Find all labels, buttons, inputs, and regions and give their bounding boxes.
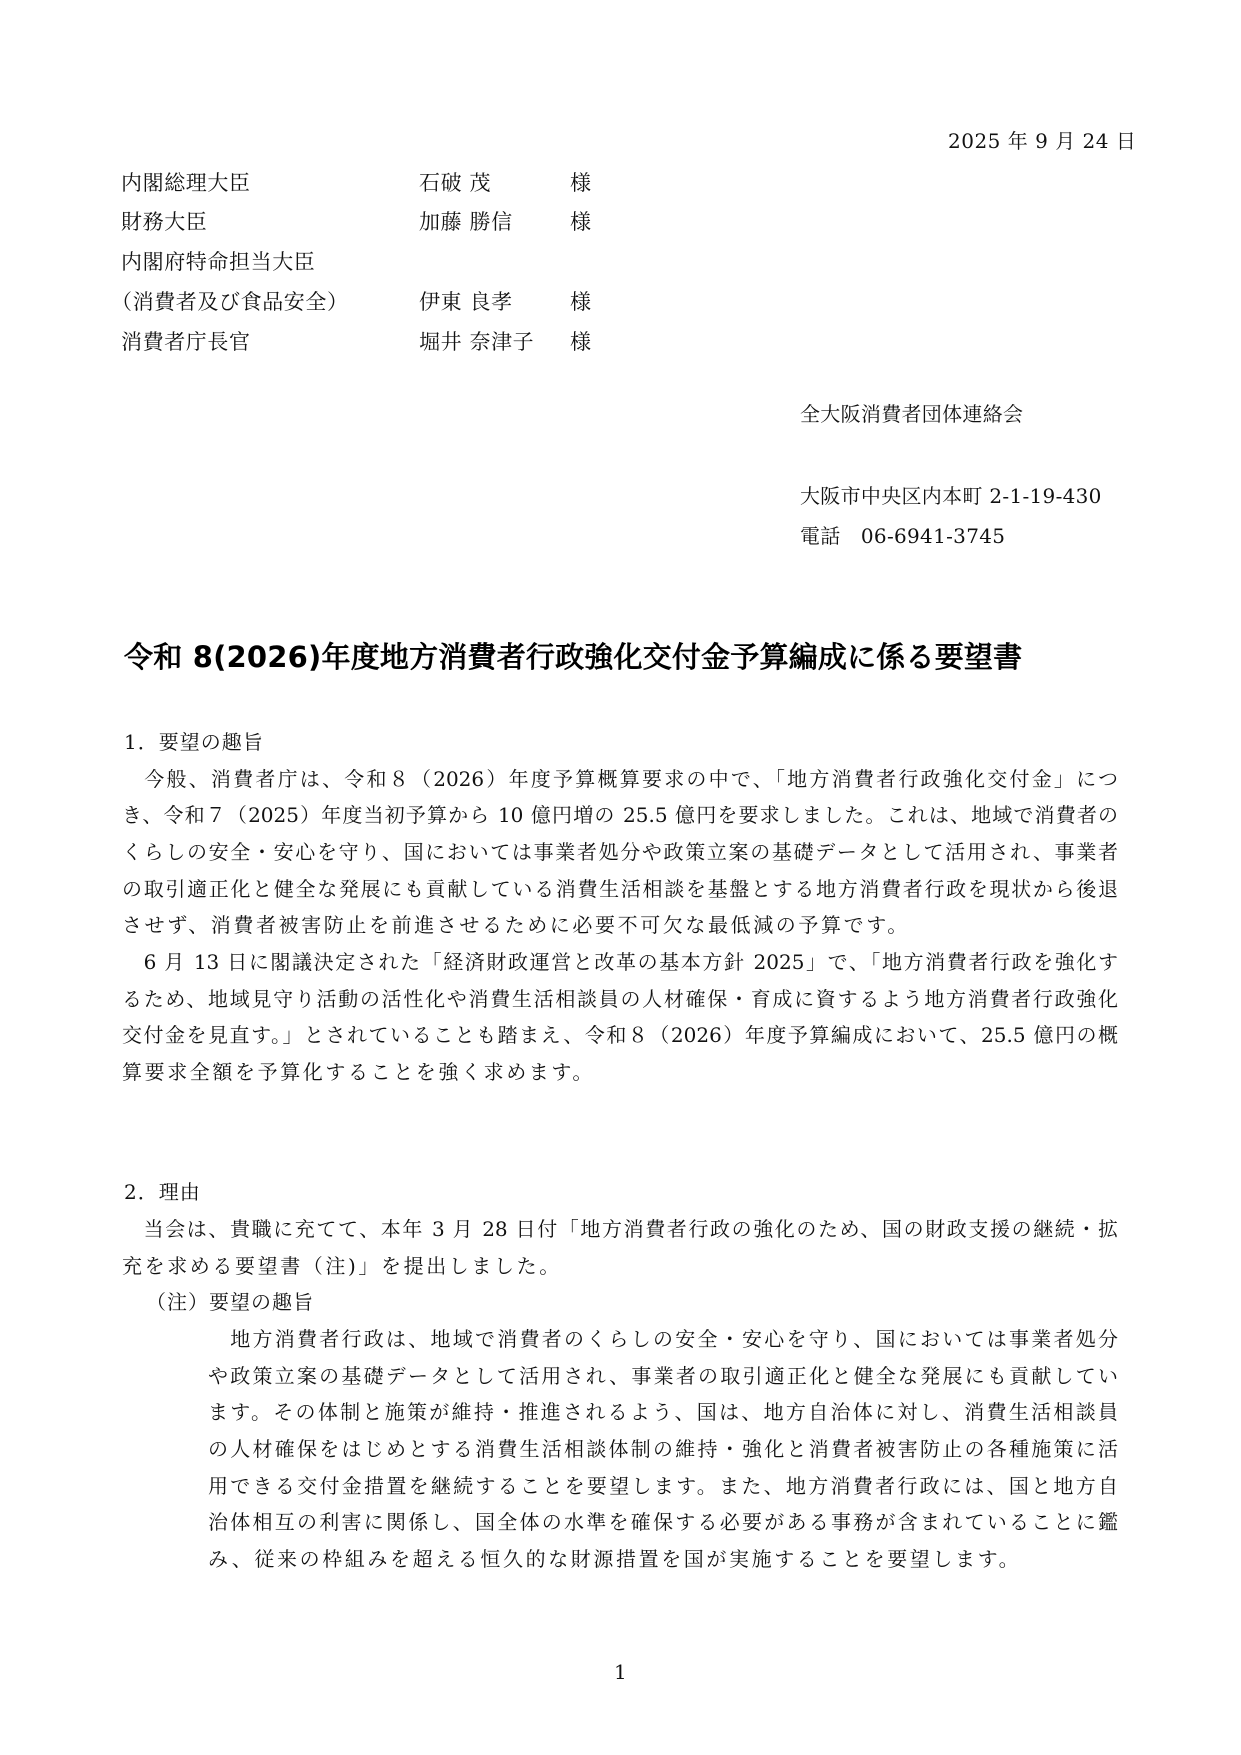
section-heading: 2．理由 bbox=[124, 1180, 201, 1204]
paragraph-line: 当会は、貴職に充てて、本年 3 月 28 日付「地方消費者行政の強化のため、国の… bbox=[122, 1217, 1118, 1241]
addressee-honorific: 様 bbox=[570, 171, 591, 195]
note-line: 地方消費者行政は、地域で消費者のくらしの安全・安心を守り、国においては事業者処分 bbox=[208, 1327, 1118, 1351]
note-line: ます。その体制と施策が維持・推進されるよう、国は、地方自治体に対し、消費生活相談… bbox=[208, 1400, 1118, 1424]
addressee-title: 消費者庁長官 bbox=[121, 330, 251, 354]
note-line: の人材確保をはじめとする消費生活相談体制の維持・強化と消費者被害防止の各種施策に… bbox=[208, 1437, 1118, 1461]
addressee-name: 石破 茂 bbox=[419, 171, 491, 195]
note-line: 用できる交付金措置を継続することを要望します。また、地方消費者行政には、国と地方… bbox=[208, 1474, 1118, 1498]
addressee-row: 内閣総理大臣 石破 茂 様 bbox=[121, 171, 581, 195]
paragraph-line: くらしの安全・安心を守り、国においては事業者処分や政策立案の基礎データとして活用… bbox=[122, 840, 1118, 864]
document-date: 2025 年 9 月 24 日 bbox=[948, 131, 1136, 151]
paragraph-line: の取引適正化と健全な発展にも貢献している消費生活相談を基盤とする地方消費者行政を… bbox=[122, 877, 1118, 901]
addressee-title: 内閣総理大臣 bbox=[121, 171, 251, 195]
addressee-honorific: 様 bbox=[570, 330, 591, 354]
paragraph-line: 算要求全額を予算化することを強く求めます。 bbox=[122, 1060, 595, 1084]
note-line: や政策立案の基礎データとして活用され、事業者の取引適正化と健全な発展にも貢献して… bbox=[208, 1364, 1118, 1388]
paragraph-line: 充を求める要望書（注)」を提出しました。 bbox=[122, 1254, 562, 1278]
addressee-name: 加藤 勝信 bbox=[419, 210, 513, 234]
addressee-honorific: 様 bbox=[570, 210, 591, 234]
sender-organization: 全大阪消費者団体連絡会 bbox=[800, 404, 1023, 424]
document-title: 令和 8(2026)年度地方消費者行政強化交付金予算編成に係る要望書 bbox=[124, 640, 1124, 674]
document-page: 2025 年 9 月 24 日 内閣総理大臣 石破 茂 様 財務大臣 加藤 勝信… bbox=[0, 0, 1241, 1755]
section-heading: 1．要望の趣旨 bbox=[124, 730, 264, 754]
paragraph-line: 6 月 13 日に閣議決定された「経済財政運営と改革の基本方針 2025」で、「… bbox=[122, 950, 1118, 974]
note-label: （注）要望の趣旨 bbox=[146, 1290, 314, 1314]
paragraph-line: 今般、消費者庁は、令和８（2026）年度予算概算要求の中で、「地方消費者行政強化… bbox=[122, 767, 1118, 791]
paragraph-line: させず、消費者被害防止を前進させるために必要不可欠な最低減の予算です。 bbox=[122, 913, 910, 937]
addressee-name: 伊東 良孝 bbox=[419, 290, 513, 314]
addressee-row: （消費者及び食品安全） 伊東 良孝 様 bbox=[121, 290, 581, 314]
sender-phone: 電話 06-6941-3745 bbox=[800, 526, 1005, 546]
addressee-title: （消費者及び食品安全） bbox=[111, 290, 349, 314]
note-line: み、従来の枠組みを超える恒久的な財源措置を国が実施することを要望します。 bbox=[208, 1547, 1021, 1571]
paragraph-line: 交付金を見直す。」とされていることも踏まえ、令和８（2026）年度予算編成におい… bbox=[122, 1023, 1118, 1047]
addressee-title: 内閣府特命担当大臣 bbox=[121, 250, 315, 274]
paragraph-line: き、令和７（2025）年度当初予算から 10 億円増の 25.5 億円を要求しま… bbox=[122, 803, 1118, 827]
page-number: 1 bbox=[614, 1660, 627, 1684]
addressee-row: 内閣府特命担当大臣 bbox=[121, 250, 581, 274]
note-line: 治体相互の利害に関係し、国全体の水準を確保する必要がある事務が含まれていることに… bbox=[208, 1510, 1118, 1534]
addressee-row: 財務大臣 加藤 勝信 様 bbox=[121, 210, 581, 234]
addressee-row: 消費者庁長官 堀井 奈津子 様 bbox=[121, 330, 581, 354]
sender-address: 大阪市中央区内本町 2-1-19-430 bbox=[800, 486, 1102, 506]
addressee-honorific: 様 bbox=[570, 290, 591, 314]
addressee-name: 堀井 奈津子 bbox=[419, 330, 534, 354]
addressee-title: 財務大臣 bbox=[121, 210, 207, 234]
paragraph-line: るため、地域見守り活動の活性化や消費生活相談員の人材確保・育成に資するよう地方消… bbox=[122, 987, 1118, 1011]
